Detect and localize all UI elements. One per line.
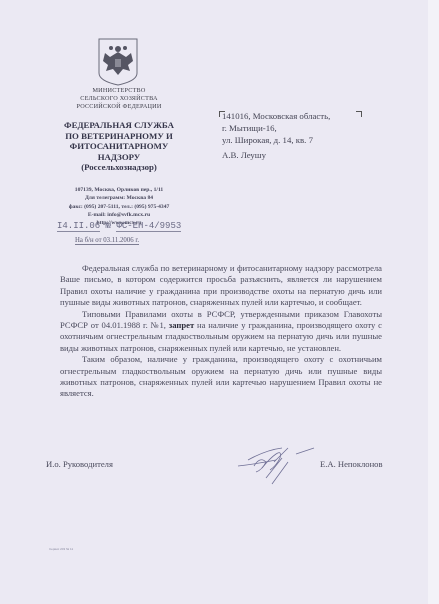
address-line: г. Мытищи-16, xyxy=(222,122,330,134)
service-line: ПО ВЕТЕРИНАРНОМУ И xyxy=(56,131,182,142)
paragraph-3: Таким образом, наличие у гражданина, про… xyxy=(60,354,382,400)
recipient-address: 141016, Московская область, г. Мытищи-16… xyxy=(222,110,330,146)
signatory-role: И.о. Руководителя xyxy=(46,459,113,469)
page-edge xyxy=(428,0,439,604)
ministry-name: МИНИСТЕРСТВО СЕЛЬСКОГО ХОЗЯЙСТВА РОССИЙС… xyxy=(56,87,182,111)
ministry-line: СЕЛЬСКОГО ХОЗЯЙСТВА xyxy=(56,95,182,103)
ministry-line: МИНИСТЕРСТВО xyxy=(56,87,182,95)
address-corner-mark xyxy=(356,111,362,117)
ministry-line: РОССИЙСКОЙ ФЕДЕРАЦИИ xyxy=(56,103,182,111)
p2-emphasis: запрет xyxy=(169,320,194,330)
service-name: ФЕДЕРАЛЬНАЯ СЛУЖБА ПО ВЕТЕРИНАРНОМУ И ФИ… xyxy=(56,120,182,162)
form-code: Сервис 203 № 11 xyxy=(49,547,73,551)
address-line: 141016, Московская область, xyxy=(222,110,330,122)
telegram-address: Для телеграмм: Москва 84 xyxy=(44,194,194,202)
paragraph-2: Типовыми Правилами охоты в РСФСР, утверж… xyxy=(60,309,382,355)
paragraph-1: Федеральная служба по ветеринарному и фи… xyxy=(60,263,382,309)
handwritten-signature-icon xyxy=(236,444,324,492)
service-line: ФЕДЕРАЛЬНАЯ СЛУЖБА xyxy=(56,120,182,131)
coat-of-arms-icon xyxy=(97,37,139,87)
service-line: НАДЗОРУ xyxy=(56,152,182,163)
service-line: ФИТОСАНИТАРНОМУ xyxy=(56,141,182,152)
recipient-name: А.В. Леушу xyxy=(222,150,266,160)
service-short-name: (Россельхознадзор) xyxy=(56,162,182,173)
registration-stamp: I4.II.06 № ФС-ЕН-4/9953 xyxy=(57,221,181,232)
phone-fax: факс: (095) 207-5111, тел.: (095) 975-43… xyxy=(44,203,194,211)
reply-reference: На б/н от 03.11.2006 г. xyxy=(75,237,139,245)
signatory-name: Е.А. Непоклонов xyxy=(320,459,383,469)
email: E-mail: info@svfk.mcx.ru xyxy=(44,211,194,219)
letter-body: Федеральная служба по ветеринарному и фи… xyxy=(60,263,382,400)
letterhead: МИНИСТЕРСТВО СЕЛЬСКОГО ХОЗЯЙСТВА РОССИЙС… xyxy=(56,87,182,173)
postal-address: 107139, Москва, Орликов пер., 1/11 xyxy=(44,186,194,194)
number-sign: № xyxy=(106,221,111,231)
address-line: ул. Широкая, д. 14, кв. 7 xyxy=(222,134,330,146)
registration-number: ФС-ЕН-4/9953 xyxy=(116,221,181,232)
letter-page: МИНИСТЕРСТВО СЕЛЬСКОГО ХОЗЯЙСТВА РОССИЙС… xyxy=(0,0,428,604)
registration-date: I4.II.06 xyxy=(57,221,100,232)
